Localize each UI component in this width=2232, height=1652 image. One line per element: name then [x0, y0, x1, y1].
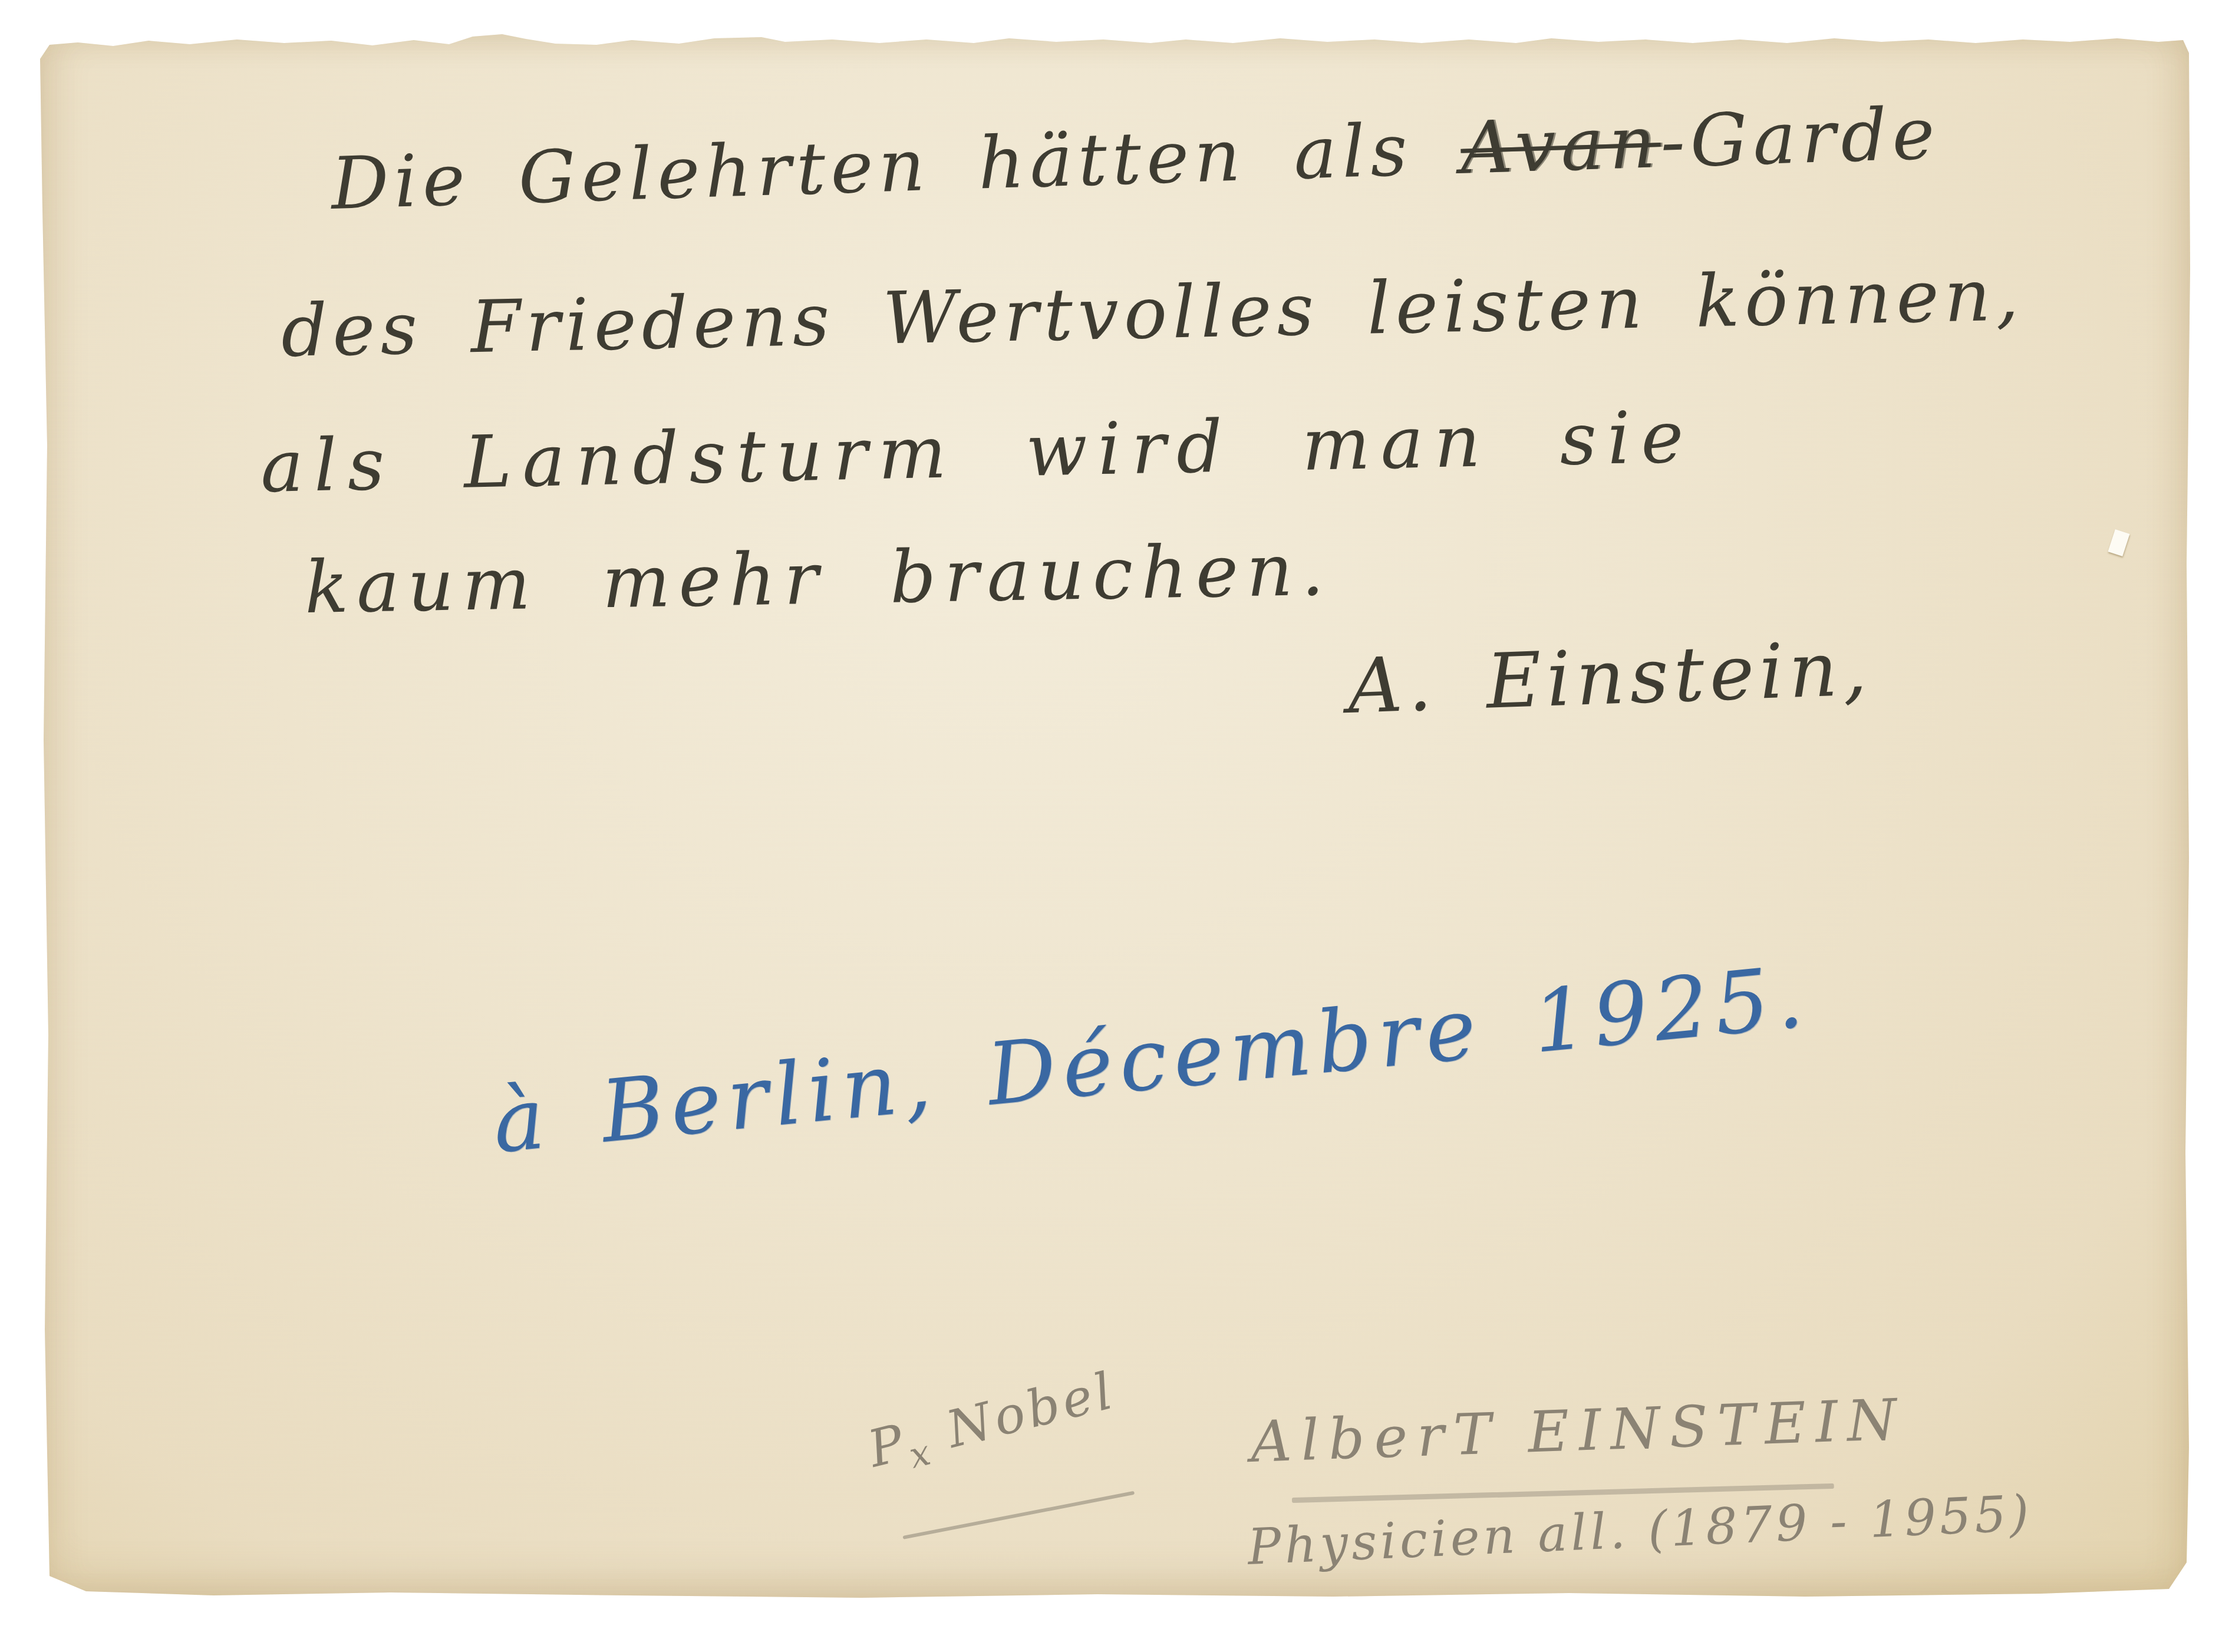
dateline-blue-ink: à Berlin, Décembre 1925. [489, 947, 1814, 1172]
note-line-1-suffix: -Garde [1659, 91, 1941, 184]
scanned-document: Die Gelehrten hätten als Avan-Garde des … [0, 0, 2232, 1652]
prix-nobel-underline [902, 1491, 1135, 1539]
annotation-prix-nobel: Px Nobel [862, 1361, 1123, 1486]
signature-einstein: A. Einstein, [1346, 625, 1873, 731]
annotation-name: AlberT EINSTEIN [1249, 1386, 1907, 1475]
annotation-prix-rest: Nobel [922, 1361, 1121, 1464]
note-line-2: des Friedens Wertvolles leisten können, [281, 253, 2025, 373]
paper-sheet: Die Gelehrten hätten als Avan-Garde des … [37, 33, 2191, 1600]
note-line-1-prefix: Die Gelehrten hätten als [330, 107, 1462, 226]
note-line-1: Die Gelehrten hätten als Avan-Garde [330, 91, 1941, 226]
note-line-1-struck-word: Avan [1459, 100, 1662, 190]
paper-defect [2108, 529, 2129, 556]
note-line-4: kaum mehr brauchen. [304, 528, 1333, 629]
annotation-prix-p: P [862, 1413, 913, 1479]
note-line-3: als Landsturm wird man sie [260, 395, 1695, 509]
